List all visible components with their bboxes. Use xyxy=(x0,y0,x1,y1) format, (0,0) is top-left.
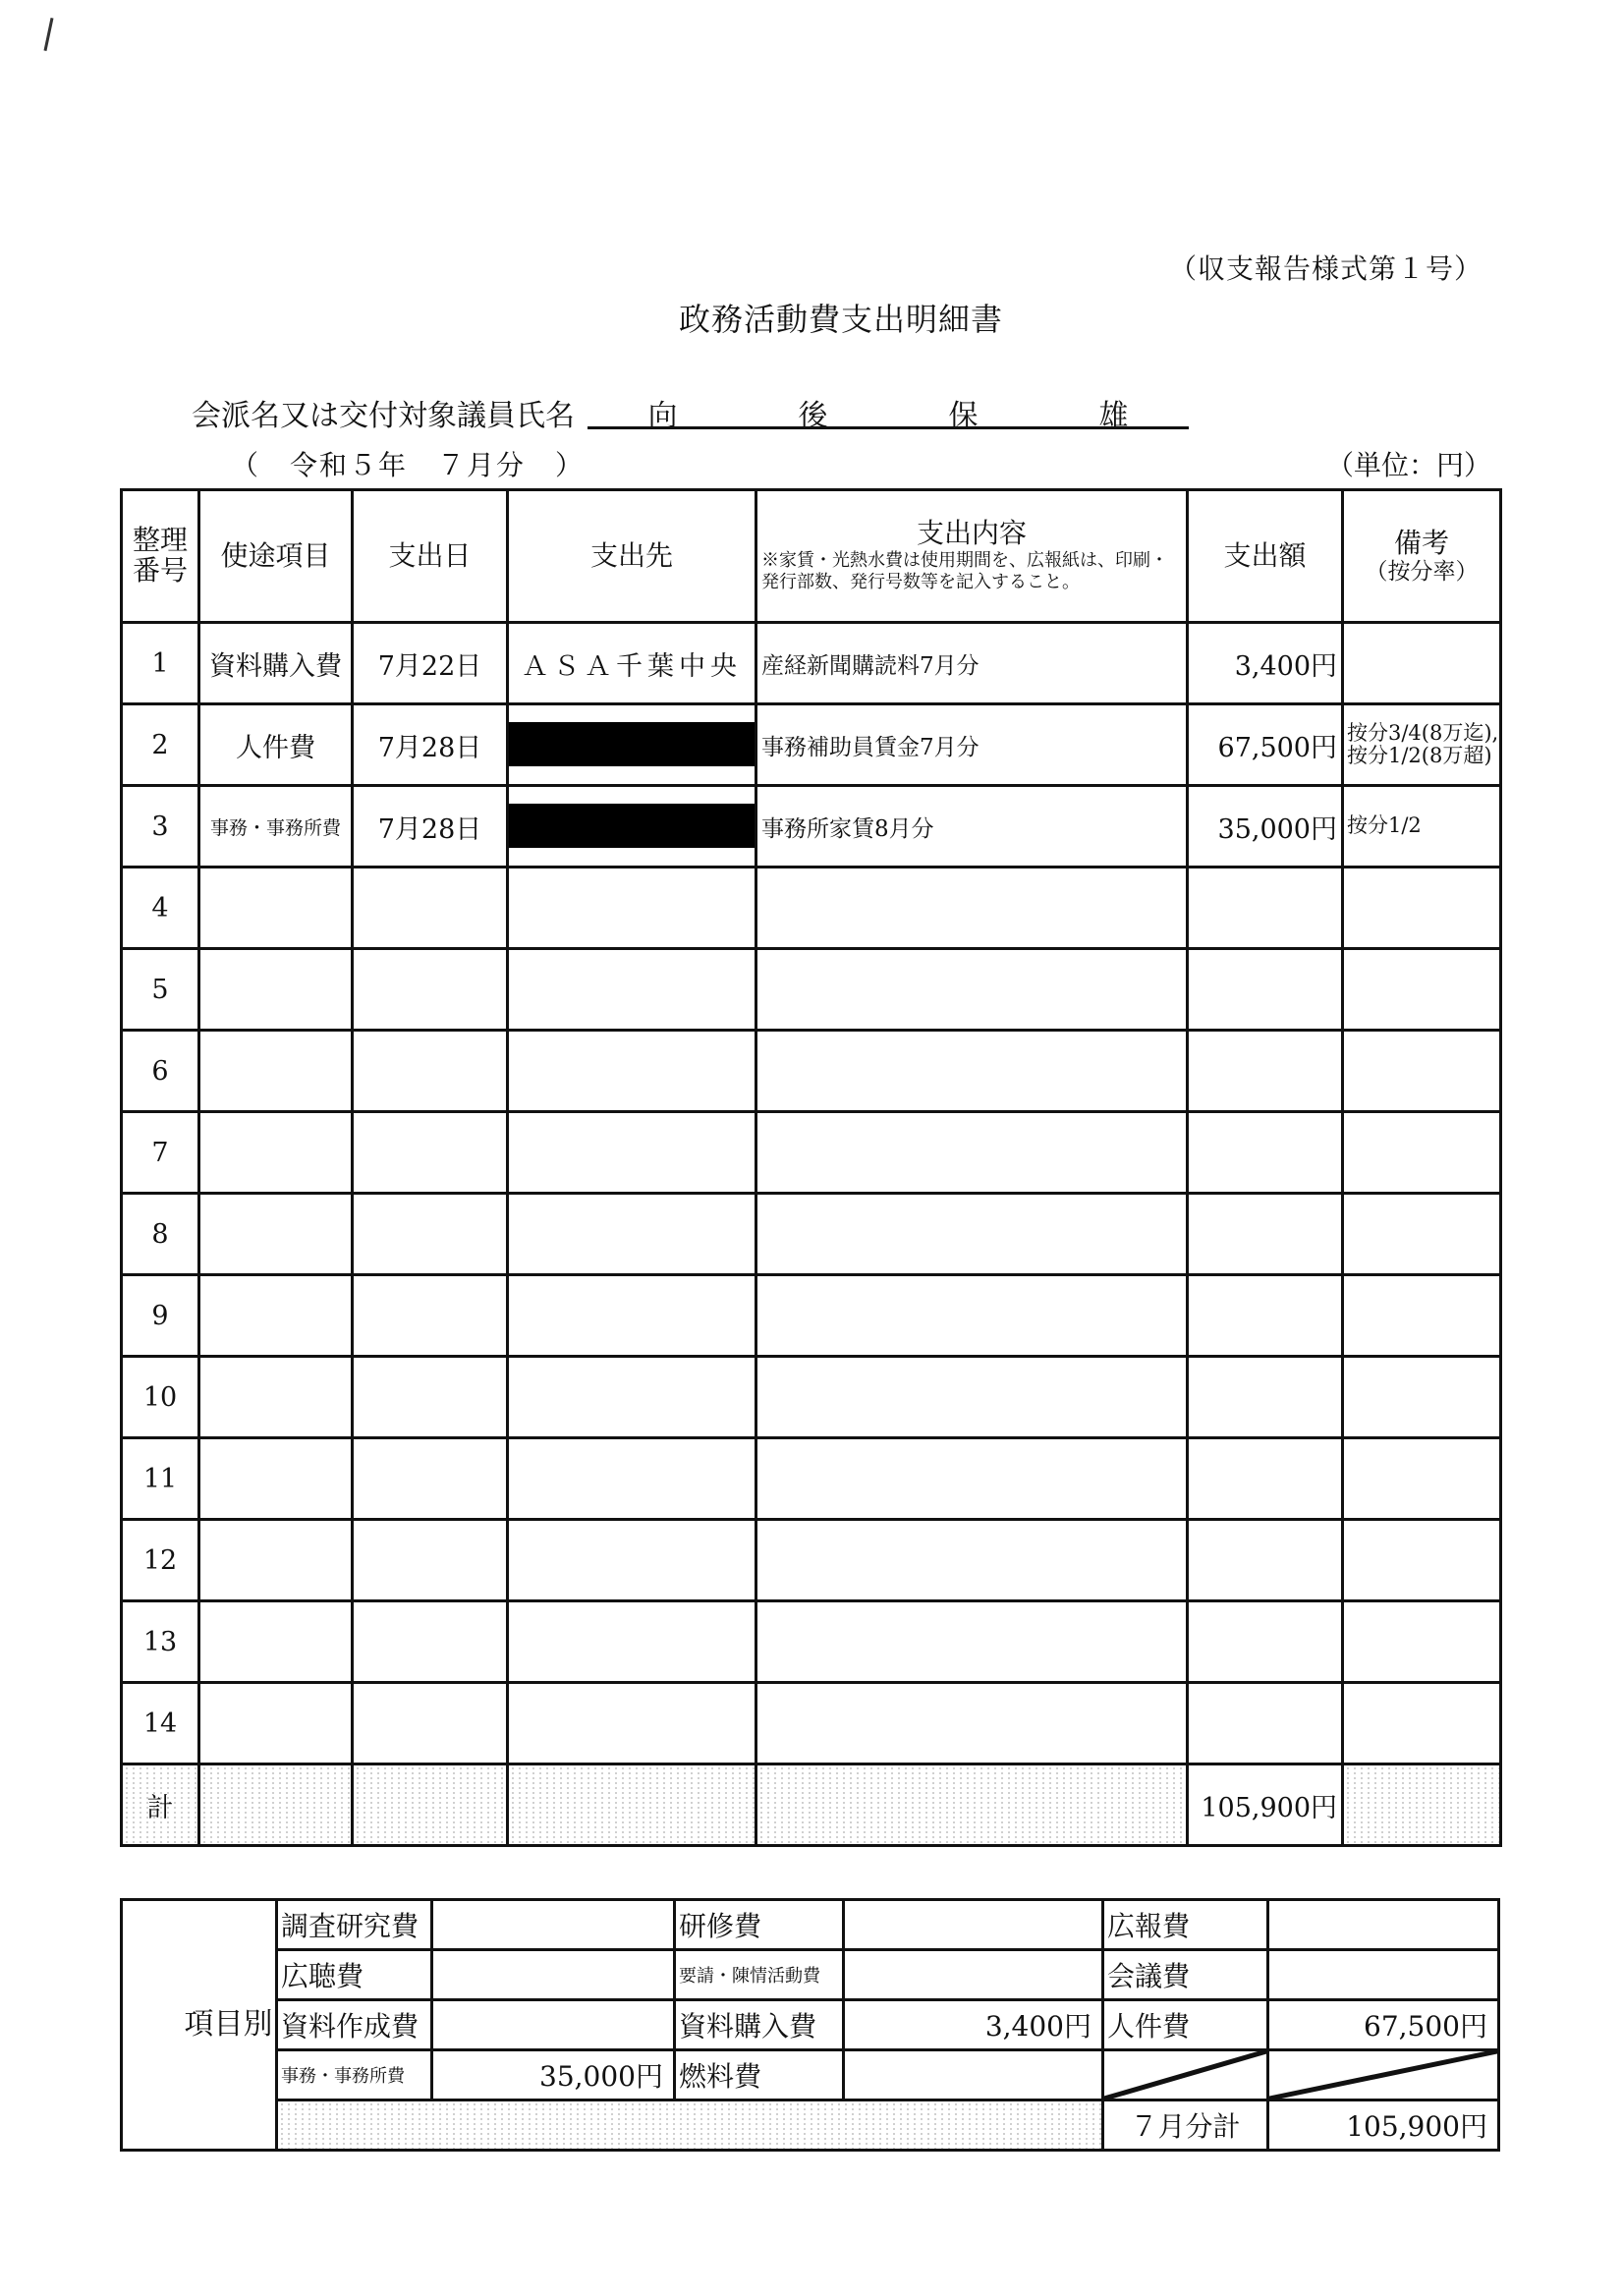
table-row: 6 xyxy=(122,1031,1501,1112)
row-number: 10 xyxy=(122,1357,199,1438)
summary-value: 67,500円 xyxy=(1268,2000,1499,2050)
summary-blank xyxy=(277,2100,1103,2151)
month-total-value: 105,900円 xyxy=(1268,2100,1499,2151)
row-content: 事務所家賃8月分 xyxy=(756,786,1188,868)
summary-value: 3,400円 xyxy=(844,2000,1103,2050)
form-number: （収支報告様式第１号） xyxy=(1169,248,1483,287)
row-content: 事務補助員賃金7月分 xyxy=(756,704,1188,786)
row-amount xyxy=(1188,1031,1343,1112)
header-category: 使途項目 xyxy=(199,490,353,623)
row-payee xyxy=(508,1438,756,1520)
row-content xyxy=(756,1601,1188,1683)
row-remarks xyxy=(1343,1438,1501,1520)
row-payee xyxy=(508,949,756,1031)
row-payee xyxy=(508,1601,756,1683)
expense-table: 整理番号 使途項目 支出日 支出先 支出内容 ※家賃・光熱水費は使用期間を、広報… xyxy=(120,488,1502,1847)
month-total-label: ７月分計 xyxy=(1103,2100,1268,2151)
row-payee xyxy=(508,1683,756,1764)
row-payee xyxy=(508,1520,756,1601)
header-remarks: 備考 （按分率） xyxy=(1343,490,1501,623)
row-remarks xyxy=(1343,1601,1501,1683)
row-remarks xyxy=(1343,1275,1501,1357)
summary-value xyxy=(844,1950,1103,2000)
summary-value xyxy=(1268,1900,1499,1950)
row-category: 人件費 xyxy=(199,704,353,786)
row-number: 9 xyxy=(122,1275,199,1357)
header-number: 整理番号 xyxy=(122,490,199,623)
row-category: 事務・事務所費 xyxy=(199,786,353,868)
header-amount: 支出額 xyxy=(1188,490,1343,623)
row-date xyxy=(353,1031,508,1112)
scan-mark xyxy=(43,18,53,51)
row-amount xyxy=(1188,1112,1343,1194)
summary-label: 要請・陳情活動費 xyxy=(675,1950,844,2000)
report-period: （ 令和５年 ７月分 ） xyxy=(231,444,585,483)
row-payee xyxy=(508,1112,756,1194)
row-number: 8 xyxy=(122,1194,199,1275)
row-date: 7月28日 xyxy=(353,704,508,786)
row-amount xyxy=(1188,1194,1343,1275)
row-number: 1 xyxy=(122,623,199,704)
row-content xyxy=(756,1112,1188,1194)
row-number: 2 xyxy=(122,704,199,786)
total-blank xyxy=(508,1764,756,1846)
summary-value xyxy=(432,2000,675,2050)
summary-label: 人件費 xyxy=(1103,2000,1268,2050)
summary-label: 燃料費 xyxy=(675,2050,844,2100)
row-number: 6 xyxy=(122,1031,199,1112)
row-date xyxy=(353,868,508,949)
row-amount xyxy=(1188,1275,1343,1357)
row-date xyxy=(353,1194,508,1275)
table-row: 4 xyxy=(122,868,1501,949)
row-content xyxy=(756,1275,1188,1357)
total-blank xyxy=(199,1764,353,1846)
row-category xyxy=(199,1194,353,1275)
row-category: 資料購入費 xyxy=(199,623,353,704)
row-category xyxy=(199,1683,353,1764)
summary-label: 研修費 xyxy=(675,1900,844,1950)
row-remarks xyxy=(1343,623,1501,704)
row-content xyxy=(756,868,1188,949)
summary-label: 調査研究費 xyxy=(277,1900,432,1950)
row-amount xyxy=(1188,1357,1343,1438)
row-date xyxy=(353,1683,508,1764)
row-amount xyxy=(1188,1438,1343,1520)
redaction-bar xyxy=(509,804,756,848)
row-content xyxy=(756,1520,1188,1601)
row-category xyxy=(199,1275,353,1357)
total-row: 計 105,900円 xyxy=(122,1764,1501,1846)
row-amount xyxy=(1188,1601,1343,1683)
row-remarks xyxy=(1343,1031,1501,1112)
total-blank xyxy=(353,1764,508,1846)
table-row: 10 xyxy=(122,1357,1501,1438)
table-row: 3事務・事務所費7月28日事務所家賃8月分35,000円按分1/2 xyxy=(122,786,1501,868)
row-remarks xyxy=(1343,1357,1501,1438)
row-category xyxy=(199,1438,353,1520)
row-category xyxy=(199,949,353,1031)
row-number: 4 xyxy=(122,868,199,949)
total-blank xyxy=(756,1764,1188,1846)
row-date xyxy=(353,1438,508,1520)
row-number: 12 xyxy=(122,1520,199,1601)
header-payee: 支出先 xyxy=(508,490,756,623)
summary-value xyxy=(844,1900,1103,1950)
row-date xyxy=(353,1112,508,1194)
member-name-label: 会派名又は交付対象議員氏名 xyxy=(192,391,575,434)
row-remarks xyxy=(1343,1112,1501,1194)
total-label: 計 xyxy=(122,1764,199,1846)
redaction-bar xyxy=(509,722,756,766)
row-category xyxy=(199,868,353,949)
table-row: 7 xyxy=(122,1112,1501,1194)
row-payee xyxy=(508,786,756,868)
row-number: 11 xyxy=(122,1438,199,1520)
row-remarks: 按分3/4(8万迄),按分1/2(8万超) xyxy=(1343,704,1501,786)
summary-value xyxy=(432,1900,675,1950)
row-amount: 3,400円 xyxy=(1188,623,1343,704)
row-number: 14 xyxy=(122,1683,199,1764)
table-row: 14 xyxy=(122,1683,1501,1764)
row-remarks xyxy=(1343,1520,1501,1601)
summary-value: 35,000円 xyxy=(432,2050,675,2100)
row-category xyxy=(199,1520,353,1601)
summary-label: 資料購入費 xyxy=(675,2000,844,2050)
summary-label: 資料作成費 xyxy=(277,2000,432,2050)
header-content: 支出内容 ※家賃・光熱水費は使用期間を、広報紙は、印刷・発行部数、発行号数等を記… xyxy=(756,490,1188,623)
row-remarks xyxy=(1343,868,1501,949)
row-payee xyxy=(508,1357,756,1438)
row-number: 3 xyxy=(122,786,199,868)
row-amount xyxy=(1188,1683,1343,1764)
header-date: 支出日 xyxy=(353,490,508,623)
name-underline xyxy=(588,426,1189,429)
row-amount: 35,000円 xyxy=(1188,786,1343,868)
row-category xyxy=(199,1031,353,1112)
row-category xyxy=(199,1601,353,1683)
summary-value xyxy=(432,1950,675,2000)
table-row: 2人件費7月28日事務補助員賃金7月分67,500円按分3/4(8万迄),按分1… xyxy=(122,704,1501,786)
total-blank xyxy=(1343,1764,1501,1846)
summary-label: 事務・事務所費 xyxy=(277,2050,432,2100)
row-number: 5 xyxy=(122,949,199,1031)
table-row: 9 xyxy=(122,1275,1501,1357)
struck-cell xyxy=(1268,2050,1499,2100)
row-remarks xyxy=(1343,1194,1501,1275)
row-amount: 67,500円 xyxy=(1188,704,1343,786)
category-summary-table: 項目別 調査研究費 研修費 広報費 広聴費 要請・陳情活動費 会議費 資料作成費… xyxy=(120,1898,1500,2152)
row-number: 13 xyxy=(122,1601,199,1683)
row-date xyxy=(353,949,508,1031)
row-content xyxy=(756,1194,1188,1275)
row-remarks: 按分1/2 xyxy=(1343,786,1501,868)
table-header-row: 整理番号 使途項目 支出日 支出先 支出内容 ※家賃・光熱水費は使用期間を、広報… xyxy=(122,490,1501,623)
table-row: 5 xyxy=(122,949,1501,1031)
summary-value xyxy=(1268,1950,1499,2000)
row-content xyxy=(756,1683,1188,1764)
row-date: 7月22日 xyxy=(353,623,508,704)
summary-label: 広報費 xyxy=(1103,1900,1268,1950)
table-row: 12 xyxy=(122,1520,1501,1601)
row-payee xyxy=(508,1194,756,1275)
table-row: 11 xyxy=(122,1438,1501,1520)
row-content xyxy=(756,1438,1188,1520)
summary-label: 広聴費 xyxy=(277,1950,432,2000)
row-payee xyxy=(508,704,756,786)
summary-label: 会議費 xyxy=(1103,1950,1268,2000)
row-payee xyxy=(508,1031,756,1112)
table-row: 8 xyxy=(122,1194,1501,1275)
row-category xyxy=(199,1112,353,1194)
row-date xyxy=(353,1520,508,1601)
row-date xyxy=(353,1357,508,1438)
row-content xyxy=(756,1031,1188,1112)
row-payee xyxy=(508,868,756,949)
table-row: 13 xyxy=(122,1601,1501,1683)
row-payee xyxy=(508,1275,756,1357)
row-number: 7 xyxy=(122,1112,199,1194)
row-content: 産経新聞購読料7月分 xyxy=(756,623,1188,704)
row-content xyxy=(756,1357,1188,1438)
row-remarks xyxy=(1343,949,1501,1031)
row-category xyxy=(199,1357,353,1438)
row-content xyxy=(756,949,1188,1031)
header-content-note: ※家賃・光熱水費は使用期間を、広報紙は、印刷・発行部数、発行号数等を記入すること… xyxy=(757,550,1186,594)
row-date: 7月28日 xyxy=(353,786,508,868)
row-date xyxy=(353,1275,508,1357)
summary-value xyxy=(844,2050,1103,2100)
document-title: 政務活動費支出明細書 xyxy=(0,295,1623,340)
currency-unit: （単位：円） xyxy=(1326,444,1491,483)
row-amount xyxy=(1188,949,1343,1031)
table-row: 1資料購入費7月22日ＡＳＡ千葉中央産経新聞購読料7月分3,400円 xyxy=(122,623,1501,704)
total-amount: 105,900円 xyxy=(1188,1764,1343,1846)
row-payee: ＡＳＡ千葉中央 xyxy=(508,623,756,704)
row-date xyxy=(353,1601,508,1683)
row-remarks xyxy=(1343,1683,1501,1764)
summary-side-label: 項目別 xyxy=(122,1900,277,2151)
row-amount xyxy=(1188,1520,1343,1601)
struck-cell xyxy=(1103,2050,1268,2100)
row-amount xyxy=(1188,868,1343,949)
